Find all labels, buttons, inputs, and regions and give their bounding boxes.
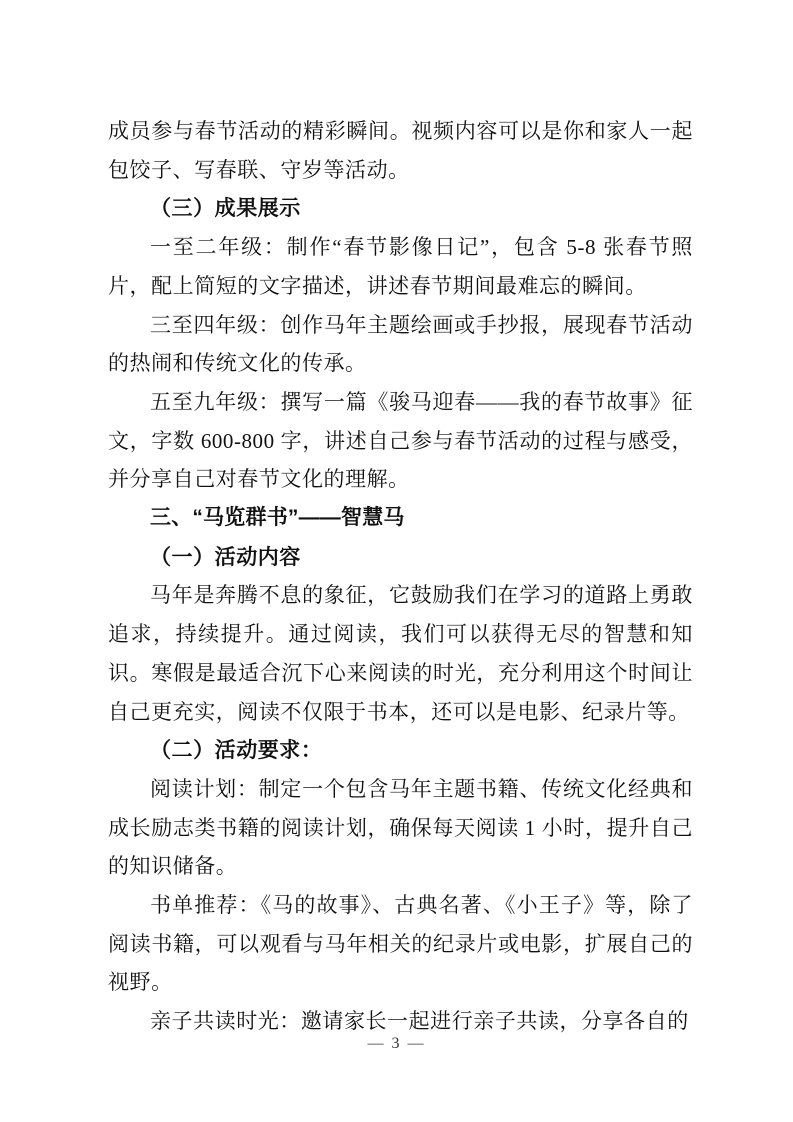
page-number: — 3 — xyxy=(0,1035,793,1053)
paragraph: 马年是奔腾不息的象征，它鼓励我们在学习的道路上勇敢追求，持续提升。通过阅读，我们… xyxy=(108,576,693,731)
paragraph: 三至四年级：创作马年主题绘画或手抄报，展现春节活动的热闹和传统文化的传承。 xyxy=(108,306,693,383)
document-page: 成员参与春节活动的精彩瞬间。视频内容可以是你和家人一起包饺子、写春联、守岁等活动… xyxy=(0,0,793,1122)
document-content: 成员参与春节活动的精彩瞬间。视频内容可以是你和家人一起包饺子、写春联、守岁等活动… xyxy=(108,112,693,1041)
paragraph: 成员参与春节活动的精彩瞬间。视频内容可以是你和家人一起包饺子、写春联、守岁等活动… xyxy=(108,112,693,189)
sub-heading: （一）活动内容 xyxy=(108,538,693,577)
paragraph: 书单推荐：《马的故事》、古典名著、《小王子》等，除了阅读书籍，可以观看与马年相关… xyxy=(108,886,693,1002)
paragraph: 五至九年级：撰写一篇《骏马迎春——我的春节故事》征文，字数 600-800 字，… xyxy=(108,383,693,499)
sub-heading: （二）活动要求： xyxy=(108,731,693,770)
paragraph: 阅读计划：制定一个包含马年主题书籍、传统文化经典和成长励志类书籍的阅读计划，确保… xyxy=(108,770,693,886)
paragraph: 一至二年级：制作“春节影像日记”，包含 5-8 张春节照片，配上简短的文字描述，… xyxy=(108,228,693,305)
sub-heading: （三）成果展示 xyxy=(108,189,693,228)
section-heading: 三、“马览群书”——智慧马 xyxy=(108,499,693,538)
